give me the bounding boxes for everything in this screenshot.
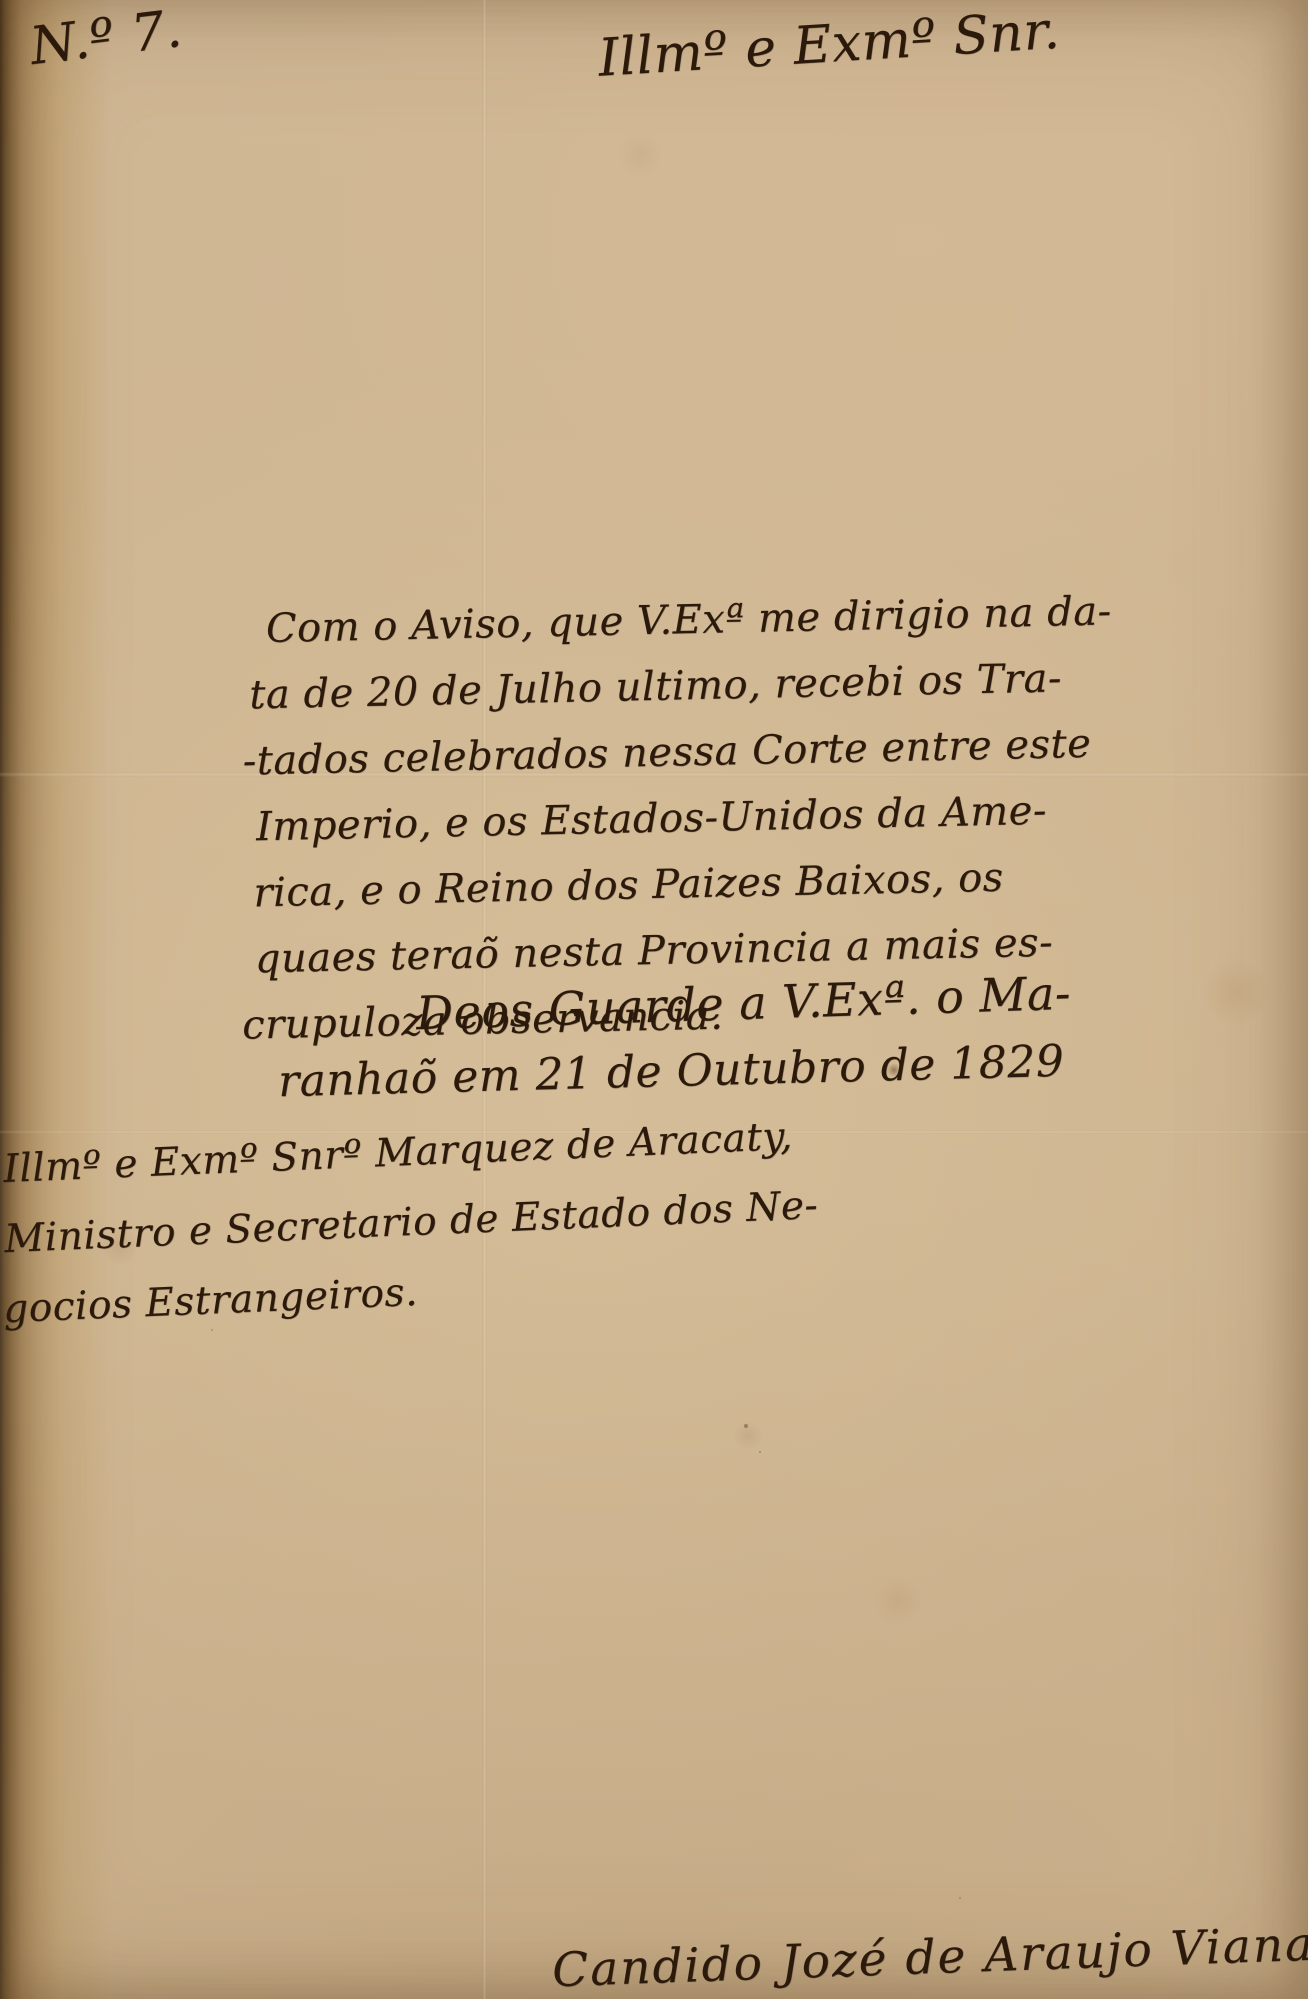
- signature: Candido Jozé de Araujo Viana: [551, 1917, 1308, 1999]
- manuscript-page: N.º 7. Illmº e Exmº Snr. Com o Aviso, qu…: [0, 0, 1308, 1999]
- document-number: N.º 7.: [27, 0, 185, 77]
- addressee-block: Illmº e Exmº Snrº Marquez de Aracaty, Mi…: [2, 1101, 822, 1345]
- salutation-header: Illmº e Exmº Snr.: [597, 3, 1020, 89]
- ink-specks: [744, 1424, 748, 1428]
